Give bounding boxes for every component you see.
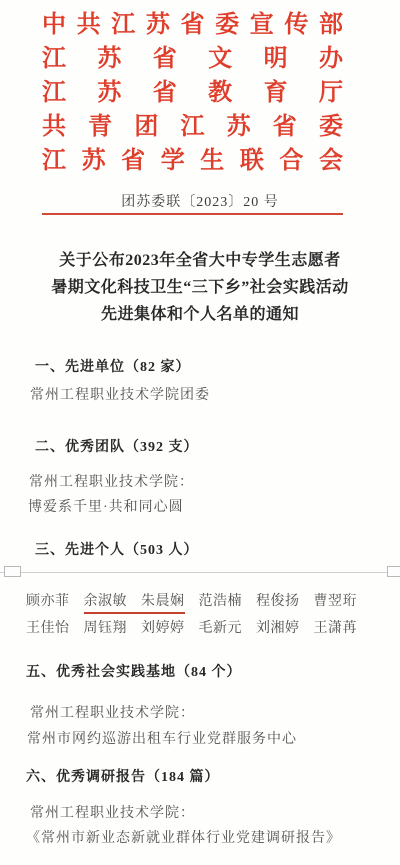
page-break-line [0,572,400,573]
name-item: 程俊扬 [256,590,300,610]
section-5-heading: 五、优秀社会实践基地（84 个） [26,661,242,681]
name-item: 周钰翔 [84,617,128,637]
letterhead-org-4: 共青团江苏省委 [42,115,343,139]
name-item: 范浩楠 [199,590,243,610]
page-break-marker-right [387,566,400,577]
section-5-base: 常州市网约巡游出租车行业党群服务中心 [27,728,297,748]
section-1-heading: 一、先进单位（82 家） [35,356,191,376]
name-item: 王佳怡 [26,617,70,637]
section-6-school: 常州工程职业技术学院： [30,802,195,822]
name-item: 曹翌珩 [314,590,358,610]
notice-title: 关于公布2023年全省大中专学生志愿者 暑期文化科技卫生“三下乡”社会实践活动 … [0,247,400,328]
red-separator-rule [42,213,343,215]
name-item-underlined: 朱晨娴 [141,590,185,610]
name-item: 刘婷婷 [141,617,185,637]
notice-title-line-3: 先进集体和个人名单的通知 [0,301,400,328]
letterhead: 中共江苏省委宣传部 江苏省文明办 江苏省教育厅 共青团江苏省委 江苏省学生联合会 [42,13,343,183]
section-2-school: 常州工程职业技术学院： [29,471,194,491]
letterhead-org-2: 江苏省文明办 [42,47,343,71]
notice-title-line-1: 关于公布2023年全省大中专学生志愿者 [0,247,400,274]
section-3-heading: 三、先进个人（503 人） [35,539,199,559]
name-item: 顾亦菲 [26,590,70,610]
name-item: 刘湘婷 [256,617,300,637]
name-item: 王潇苒 [314,617,358,637]
section-5-school: 常州工程职业技术学院： [30,702,195,722]
document-page: 中共江苏省委宣传部 江苏省文明办 江苏省教育厅 共青团江苏省委 江苏省学生联合会… [0,0,400,865]
section-1-item: 常州工程职业技术学院团委 [30,384,210,404]
name-item-underlined: 余淑敏 [84,590,128,610]
underlined-names-group: 余淑敏 朱晨娴 [84,590,185,614]
letterhead-org-5: 江苏省学生联合会 [42,149,343,173]
document-number: 团苏委联〔2023〕20 号 [0,191,400,211]
letterhead-org-1: 中共江苏省委宣传部 [42,13,343,37]
notice-title-line-2: 暑期文化科技卫生“三下乡”社会实践活动 [0,274,400,301]
names-row-2: 王佳怡 周钰翔 刘婷婷 毛新元 刘湘婷 王潇苒 [26,617,357,637]
section-6-report: 《常州市新业态新就业群体行业党建调研报告》 [26,827,341,847]
section-6-heading: 六、优秀调研报告（184 篇） [26,766,220,786]
name-item: 毛新元 [199,617,243,637]
letterhead-org-3: 江苏省教育厅 [42,81,343,105]
page-break-marker-left [4,566,21,577]
section-2-heading: 二、优秀团队（392 支） [35,436,199,456]
names-row-1: 顾亦菲 余淑敏 朱晨娴 范浩楠 程俊扬 曹翌珩 [26,590,357,610]
section-2-team: 博爱系千里·共和同心圆 [28,496,184,516]
